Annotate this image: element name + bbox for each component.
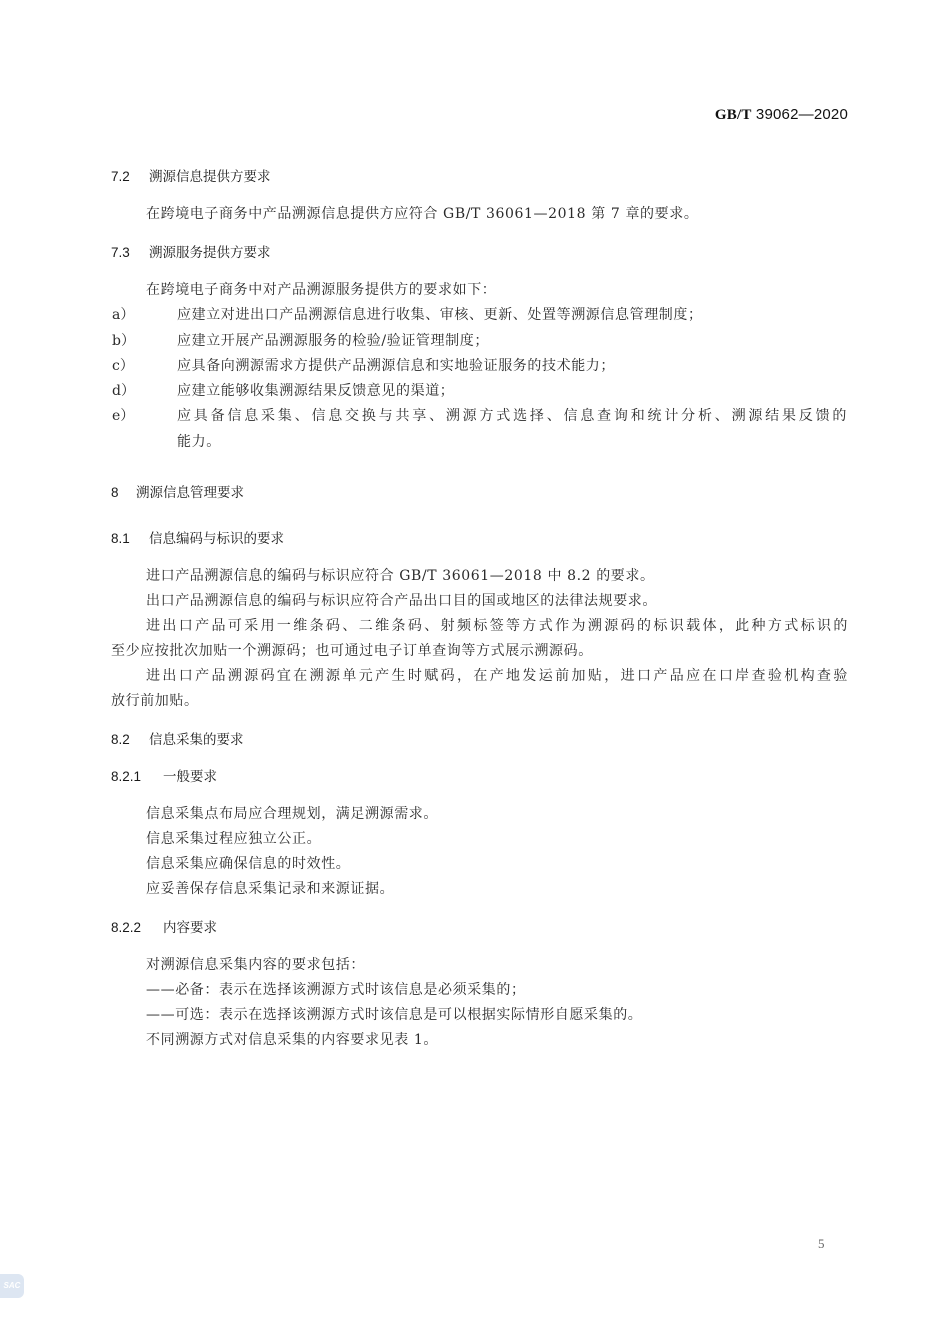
paragraph-8-2-1-4: 应妥善保存信息采集记录和来源证据。 [146, 878, 394, 898]
sac-logo-icon: SAC [0, 1274, 24, 1298]
page-number: 5 [818, 1236, 825, 1252]
paragraph-8-1-2: 出口产品溯源信息的编码与标识应符合产品出口目的国或地区的法律法规要求。 [146, 590, 657, 610]
heading-title: 溯源信息管理要求 [136, 485, 244, 501]
paragraph-8-2-1-1: 信息采集点布局应合理规划，满足溯源需求。 [146, 803, 438, 823]
heading-number: 8.1 [111, 531, 149, 546]
dash-item-required: ——必备：表示在选择该溯源方式时该信息是必须采集的； [146, 979, 526, 999]
list-item: 应具备向溯源需求方提供产品溯源信息和实地验证服务的技术能力； [177, 355, 615, 375]
paragraph-8-1-3: 进出口产品可采用一维条码、二维条码、射频标签等方式作为溯源码的标识载体，此种方式… [146, 615, 848, 635]
list-item: 应建立对进出口产品溯源信息进行收集、审核、更新、处置等溯源信息管理制度； [177, 304, 703, 324]
heading-8: 8溯源信息管理要求 [111, 481, 244, 501]
dash-item-optional: ——可选：表示在选择该溯源方式时该信息是可以根据实际情形自愿采集的。 [146, 1004, 642, 1024]
heading-7-3: 7.3溯源服务提供方要求 [111, 241, 271, 261]
heading-title: 信息编码与标识的要求 [149, 531, 284, 547]
list-item-continuation: 能力。 [177, 431, 221, 451]
heading-8-2-1: 8.2.1一般要求 [111, 765, 217, 785]
paragraph-8-2-2-table-ref: 不同溯源方式对信息采集的内容要求见表 1。 [146, 1029, 438, 1049]
paragraph-7-3-intro: 在跨境电子商务中对产品溯源服务提供方的要求如下： [146, 279, 496, 299]
list-item: 应建立开展产品溯源服务的检验/验证管理制度； [177, 330, 489, 350]
heading-title: 溯源信息提供方要求 [149, 169, 271, 185]
paragraph-8-1-3-cont: 至少应按批次加贴一个溯源码；也可通过电子订单查询等方式展示溯源码。 [111, 640, 593, 660]
list-marker: a） [112, 304, 134, 324]
list-item: 应具备信息采集、信息交换与共享、溯源方式选择、信息查询和统计分析、溯源结果反馈的 [177, 405, 847, 425]
paragraph-8-1-4-cont: 放行前加贴。 [111, 690, 199, 710]
heading-number: 7.3 [111, 245, 149, 260]
heading-8-2-2: 8.2.2内容要求 [111, 916, 217, 936]
heading-number: 8.2.2 [111, 920, 163, 935]
heading-title: 内容要求 [163, 920, 217, 936]
paragraph-8-1-1: 进口产品溯源信息的编码与标识应符合 GB/T 36061—2018 中 8.2 … [146, 565, 655, 585]
heading-number: 8.2.1 [111, 769, 163, 784]
heading-8-1: 8.1信息编码与标识的要求 [111, 527, 284, 547]
heading-title: 一般要求 [163, 769, 217, 785]
heading-title: 溯源服务提供方要求 [149, 245, 271, 261]
standard-number: 39062—2020 [756, 106, 848, 123]
list-marker: e） [112, 405, 134, 425]
heading-title: 信息采集的要求 [149, 732, 244, 748]
paragraph-8-2-1-3: 信息采集应确保信息的时效性。 [146, 853, 350, 873]
list-marker: b） [112, 330, 135, 350]
list-marker: c） [112, 355, 134, 375]
paragraph-8-2-2-intro: 对溯源信息采集内容的要求包括： [146, 954, 365, 974]
list-item: 应建立能够收集溯源结果反馈意见的渠道； [177, 380, 454, 400]
heading-number: 8 [111, 485, 136, 500]
heading-8-2: 8.2信息采集的要求 [111, 728, 244, 748]
standard-code: GB/T 39062—2020 [715, 106, 848, 124]
heading-7-2: 7.2溯源信息提供方要求 [111, 165, 271, 185]
heading-number: 8.2 [111, 732, 149, 747]
paragraph-8-2-1-2: 信息采集过程应独立公正。 [146, 828, 321, 848]
paragraph-8-1-4: 进出口产品溯源码宜在溯源单元产生时赋码，在产地发运前加贴，进口产品应在口岸查验机… [146, 665, 848, 685]
heading-number: 7.2 [111, 169, 149, 184]
list-marker: d） [112, 380, 135, 400]
standard-prefix: GB/T [715, 107, 752, 123]
paragraph-7-2: 在跨境电子商务中产品溯源信息提供方应符合 GB/T 36061—2018 第 7… [146, 203, 698, 223]
